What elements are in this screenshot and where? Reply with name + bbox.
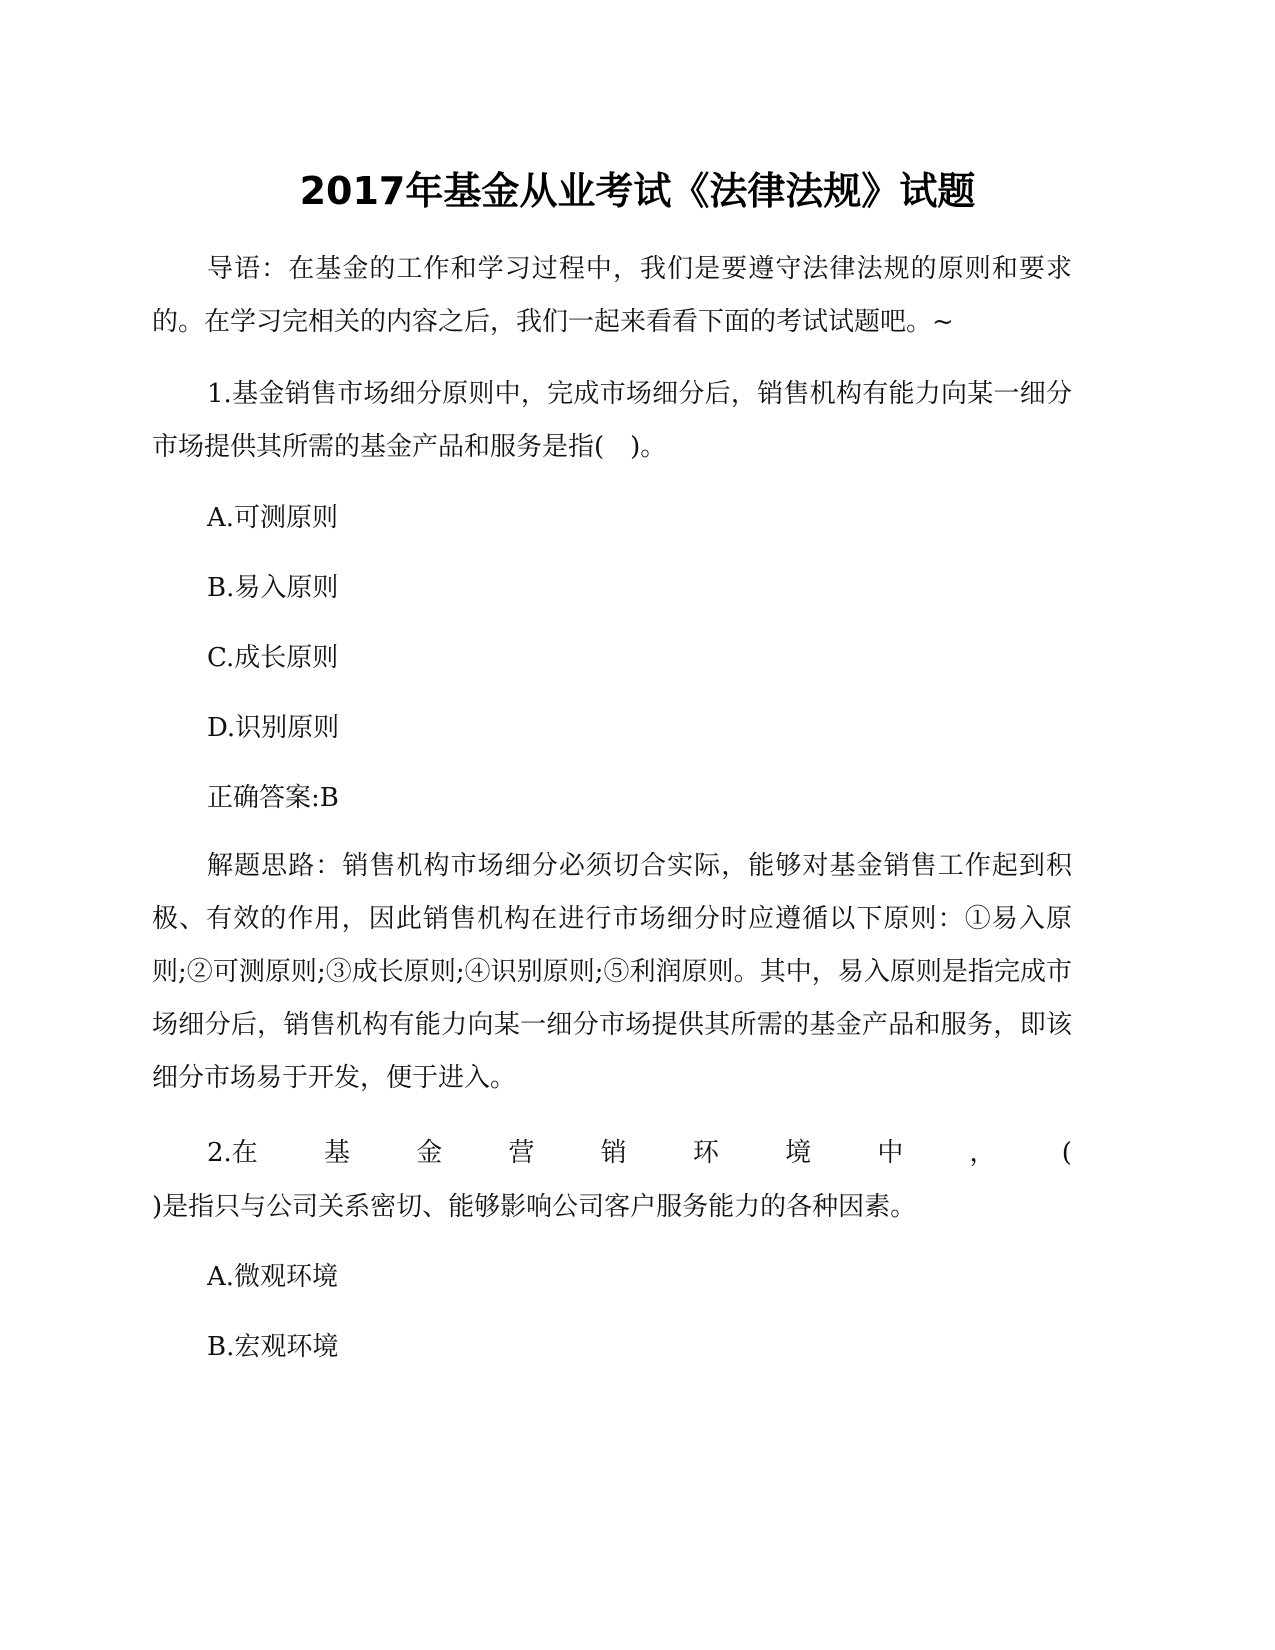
question-1-option-c: C.成长原则 — [207, 638, 338, 678]
question-1-option-a: A.可测原则 — [207, 498, 338, 538]
document-page: 2017年基金从业考试《法律法规》试题 导语：在基金的工作和学习过程中，我们是要… — [0, 0, 1275, 1650]
stem-char: ( — [1062, 1133, 1072, 1173]
stem-char: 境 — [785, 1133, 811, 1173]
stem-char: 金 — [416, 1133, 442, 1173]
stem-char: 销 — [601, 1133, 627, 1173]
question-1-option-b: B.易入原则 — [207, 568, 338, 608]
question-1-explanation: 解题思路：销售机构市场细分必须切合实际，能够对基金销售工作起到积极、有效的作用，… — [152, 840, 1072, 1105]
question-1-answer: 正确答案:B — [207, 778, 339, 818]
document-title: 2017年基金从业考试《法律法规》试题 — [0, 160, 1275, 215]
stem-char: 营 — [508, 1133, 534, 1173]
question-1-stem: 1.基金销售市场细分原则中，完成市场细分后，销售机构有能力向某一细分市场提供其所… — [152, 368, 1072, 474]
question-2-option-a: A.微观环境 — [207, 1257, 338, 1297]
question-2-stem-line-1: 2.在 基 金 营 销 环 境 中 ， ( — [207, 1133, 1072, 1173]
stem-char: 中 — [877, 1133, 903, 1173]
question-2-stem-line-2: )是指只与公司关系密切、能够影响公司客户服务能力的各种因素。 — [152, 1187, 916, 1227]
intro-paragraph: 导语：在基金的工作和学习过程中，我们是要遵守法律法规的原则和要求的。在学习完相关… — [152, 243, 1072, 349]
stem-char: 基 — [324, 1133, 350, 1173]
stem-char: 2.在 — [207, 1133, 258, 1173]
question-2-option-b: B.宏观环境 — [207, 1327, 338, 1367]
stem-char: 环 — [693, 1133, 719, 1173]
stem-char: ， — [970, 1133, 996, 1173]
question-1-option-d: D.识别原则 — [207, 708, 339, 748]
